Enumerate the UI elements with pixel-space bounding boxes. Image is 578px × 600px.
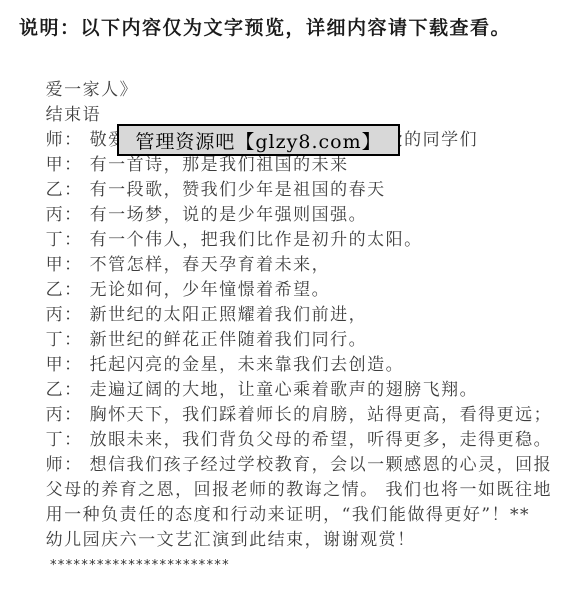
line-text: 父母的养育之恩，回报老师的教诲之情。 我们也将一如既往地 bbox=[46, 480, 552, 500]
preview-notice: 说明：以下内容仅为文字预览，详细内容请下载查看。 bbox=[19, 13, 511, 40]
line-text: 想信我们孩子经过学校教育，会以一颗感恩的心灵，回报 bbox=[90, 455, 553, 475]
speaker-label: 乙： bbox=[46, 180, 83, 200]
line-text: 有一段歌，赞我们少年是祖国的春天 bbox=[90, 180, 386, 200]
speaker-label: 丁： bbox=[46, 430, 83, 450]
line-text: 走遍辽阔的大地，让童心乘着歌声的翅膀飞翔。 bbox=[90, 380, 479, 400]
speaker-label: 丙： bbox=[46, 205, 83, 225]
speaker-label: 丙： bbox=[46, 305, 83, 325]
line-text: 胸怀天下，我们踩着师长的肩膀，站得更高，看得更远； bbox=[90, 405, 553, 425]
watermark-badge: 管理资源吧【glzy8.com】 bbox=[117, 124, 400, 156]
speaker-label: 丁： bbox=[46, 330, 83, 350]
speaker-label: 乙： bbox=[46, 380, 83, 400]
speaker-label: 丙： bbox=[46, 405, 83, 425]
line-text: 有一个伟人，把我们比作是初升的太阳。 bbox=[90, 230, 423, 250]
line-text: 新世纪的鲜花正伴随着我们同行。 bbox=[90, 330, 368, 350]
speaker-label: 乙： bbox=[46, 280, 83, 300]
line-text: 有一首诗，那是我们祖国的未来 bbox=[90, 155, 349, 175]
line-text: 新世纪的太阳正照耀着我们前进， bbox=[90, 305, 368, 325]
line-text: 放眼未来，我们背负父母的希望，听得更多，走得更稳。 bbox=[90, 430, 553, 450]
line-text: 有一场梦，说的是少年强则国强。 bbox=[90, 205, 368, 225]
watermark-label: 管理资源吧【glzy8.com】 bbox=[135, 127, 381, 154]
speaker-label: 甲： bbox=[46, 155, 83, 175]
line-text: 用一种负责任的态度和行动来证明，“我们能做得更好”！** bbox=[46, 505, 530, 525]
line-text: 托起闪亮的金星，未来靠我们去创造。 bbox=[90, 355, 405, 375]
speaker-label: 师： bbox=[46, 455, 83, 475]
line-text: 爱一家人》 bbox=[46, 80, 139, 100]
line-text: 幼儿园庆六一文艺汇演到此结束，谢谢观赏！ bbox=[46, 530, 416, 550]
script-line: 爱一家人》 bbox=[18, 53, 568, 78]
speaker-label: 丁： bbox=[46, 230, 83, 250]
speaker-label: 甲： bbox=[46, 355, 83, 375]
speaker-label: 师： bbox=[46, 130, 83, 150]
line-text: 无论如何，少年憧憬着希望。 bbox=[90, 280, 331, 300]
preview-page: 说明：以下内容仅为文字预览，详细内容请下载查看。 爱一家人》 结束语 师：敬爱的… bbox=[0, 0, 578, 600]
line-text: *********************** bbox=[49, 558, 229, 573]
line-text: 结束语 bbox=[46, 105, 102, 125]
speaker-label: 甲： bbox=[46, 255, 83, 275]
line-text: 不管怎样，春天孕育着未来， bbox=[90, 255, 331, 275]
